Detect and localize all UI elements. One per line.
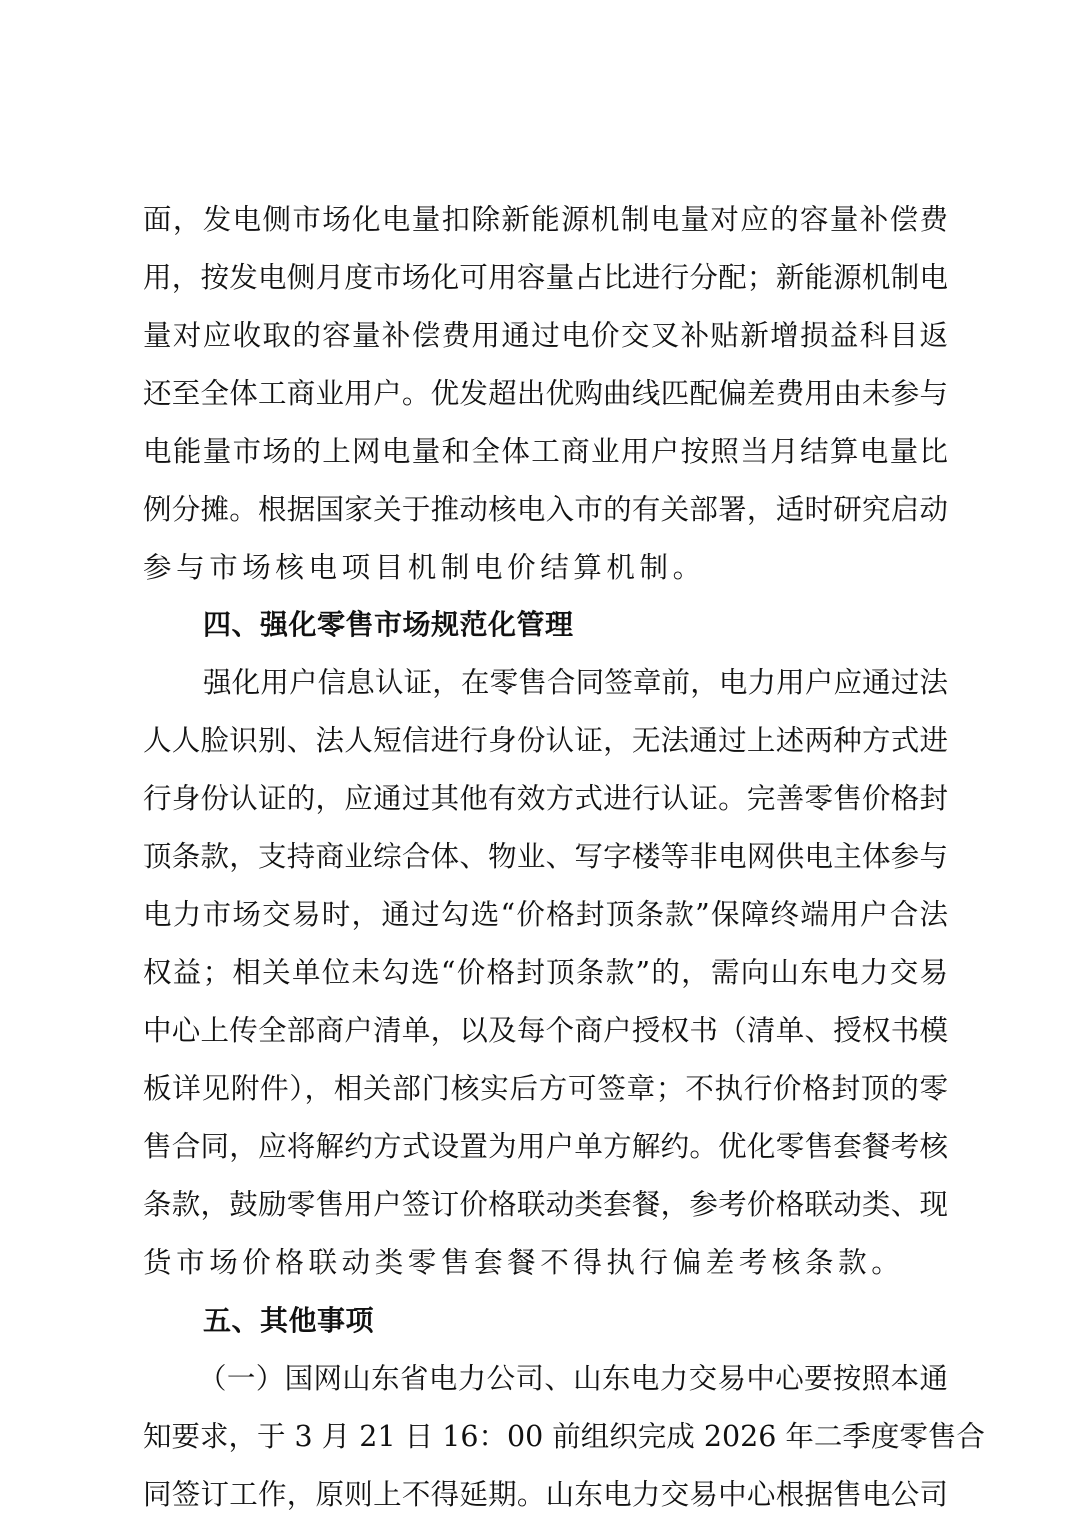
document-page: 面，发电侧市场化电量扣除新能源机制电量对应的容量补偿费 用，按发电侧月度市场化可… bbox=[0, 0, 1080, 1527]
paragraph-line: 面，发电侧市场化电量扣除新能源机制电量对应的容量补偿费 bbox=[143, 198, 948, 242]
paragraph-line: 权益；相关单位未勾选“价格封顶条款”的，需向山东电力交易 bbox=[143, 951, 948, 995]
paragraph-line: 电能量市场的上网电量和全体工商业用户按照当月结算电量比 bbox=[143, 430, 948, 474]
paragraph-line: 还至全体工商业用户。优发超出优购曲线匹配偏差费用由未参与 bbox=[143, 372, 948, 416]
section-heading-4: 四、强化零售市场规范化管理 bbox=[203, 603, 574, 647]
paragraph-line: 量对应收取的容量补偿费用通过电价交叉补贴新增损益科目返 bbox=[143, 314, 948, 358]
paragraph-line: 强化用户信息认证，在零售合同签章前，电力用户应通过法 bbox=[203, 661, 948, 705]
paragraph-line: 板详见附件），相关部门核实后方可签章；不执行价格封顶的零 bbox=[143, 1067, 948, 1111]
paragraph-line: 条款，鼓励零售用户签订价格联动类套餐，参考价格联动类、现 bbox=[143, 1183, 948, 1227]
paragraph-line: 顶条款，支持商业综合体、物业、写字楼等非电网供电主体参与 bbox=[143, 835, 948, 879]
paragraph-line: 中心上传全部商户清单，以及每个商户授权书（清单、授权书模 bbox=[143, 1009, 948, 1053]
paragraph-line: 人人脸识别、法人短信进行身份认证，无法通过上述两种方式进 bbox=[143, 719, 948, 763]
paragraph-line: 知要求，于 3 月 21 日 16：00 前组织完成 2026 年二季度零售合 bbox=[143, 1415, 948, 1459]
paragraph-line: 货市场价格联动类零售套餐不得执行偏差考核条款。 bbox=[143, 1241, 948, 1285]
paragraph-line: 用，按发电侧月度市场化可用容量占比进行分配；新能源机制电 bbox=[143, 256, 948, 300]
paragraph-line: 例分摊。根据国家关于推动核电入市的有关部署，适时研究启动 bbox=[143, 488, 948, 532]
paragraph-line: 电力市场交易时，通过勾选“价格封顶条款”保障终端用户合法 bbox=[143, 893, 948, 937]
paragraph-line: 售合同，应将解约方式设置为用户单方解约。优化零售套餐考核 bbox=[143, 1125, 948, 1169]
section-heading-5: 五、其他事项 bbox=[203, 1299, 374, 1343]
paragraph-line: （一）国网山东省电力公司、山东电力交易中心要按照本通 bbox=[198, 1357, 948, 1401]
paragraph-line: 行身份认证的，应通过其他有效方式进行认证。完善零售价格封 bbox=[143, 777, 948, 821]
paragraph-line: 同签订工作，原则上不得延期。山东电力交易中心根据售电公司 bbox=[143, 1473, 948, 1517]
paragraph-line: 参与市场核电项目机制电价结算机制。 bbox=[143, 546, 948, 590]
